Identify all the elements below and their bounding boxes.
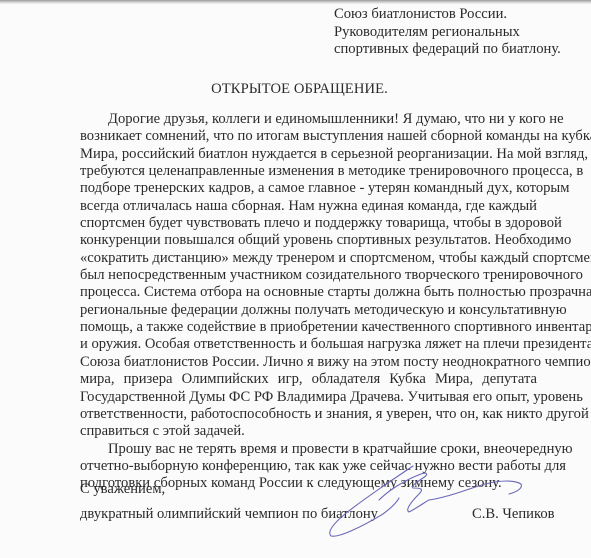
body-line: и оружия. Особая ответственность и больш… — [80, 336, 537, 353]
addressee-line: Союз биатлонистов России. — [334, 6, 561, 24]
closing-salutation: С уважением, — [80, 481, 165, 498]
signer-name: С.В. Чепиков — [472, 506, 555, 523]
body-line: мира, призера Олимпийских игр, обладател… — [80, 371, 537, 388]
document-title: ОТКРЫТОЕ ОБРАЩЕНИЕ. — [0, 81, 591, 98]
body-line: всегда отличалась наша сборная. Нам нужн… — [80, 198, 537, 215]
body-line: ответственности, работоспособность и зна… — [80, 406, 537, 423]
body-line: был непосредственным участником созидате… — [80, 267, 537, 284]
addressee-line: Руководителям региональных — [334, 24, 561, 42]
addressee-line: спортивных федераций по биатлону. — [334, 41, 561, 59]
body-line: требуются целенаправленные изменения в м… — [80, 163, 537, 180]
body-line: Дорогие друзья, коллеги и единомышленник… — [80, 111, 537, 128]
body-line: помощь, а также содействие в приобретени… — [80, 319, 537, 336]
body-line: подборе тренерских кадров, а самое главн… — [80, 180, 537, 197]
body-line: конкуренции повышался общий уровень спор… — [80, 232, 537, 249]
body-line: справиться с этой задачей. — [80, 423, 537, 440]
body-line: «сократить дистанцию» между тренером и с… — [80, 250, 537, 267]
body-line: спортсмен будет чувствовать плечо и подд… — [80, 215, 537, 232]
body-line: процесса. Система отбора на основные ста… — [80, 284, 537, 301]
body-line: Мира, российский биатлон нуждается в сер… — [80, 146, 537, 163]
body-line: Государственной Думы ФС РФ Владимира Дра… — [80, 389, 537, 406]
body-line: региональные федерации должны получать м… — [80, 302, 537, 319]
body-line: Прошу вас не терять время и провести в к… — [80, 441, 537, 458]
letter-body: Дорогие друзья, коллеги и единомышленник… — [80, 111, 537, 493]
scan-top-edge — [0, 0, 591, 4]
body-line: возникает сомнений, что по итогам выступ… — [80, 128, 537, 145]
handwritten-signature-icon — [325, 464, 525, 544]
body-line: Союза биатлонистов России. Лично я вижу … — [80, 354, 537, 371]
addressee-block: Союз биатлонистов России. Руководителям … — [334, 6, 561, 59]
